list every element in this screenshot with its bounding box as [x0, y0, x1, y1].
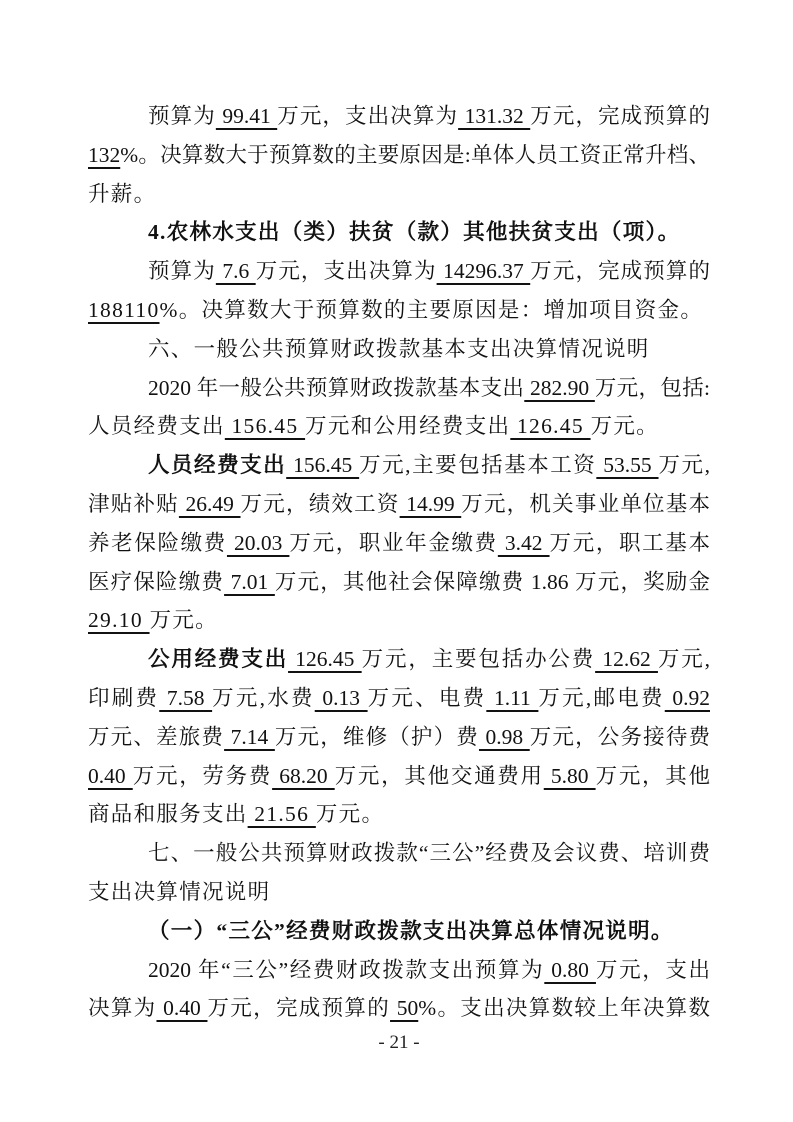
- underlined-value: 26.49: [179, 492, 241, 516]
- text-line-5: 预算为 7.6 万元，支出决算为 14296.37 万元，完成预算的: [88, 252, 710, 291]
- text-run: 万元,: [658, 647, 710, 671]
- text-run: 万元、电费: [368, 686, 487, 710]
- text-run: 万元,主要包括基本工资: [359, 453, 596, 477]
- underlined-value: 0.92: [665, 686, 710, 710]
- underlined-value: 50: [390, 996, 418, 1020]
- text-run: 万元，其他: [596, 764, 710, 788]
- text-run: 六、一般公共预算财政拨款基本支出决算情况说明: [148, 337, 650, 361]
- document-page: 预算为 99.41 万元，支出决算为 131.32 万元，完成预算的132%。决…: [0, 0, 793, 1122]
- bold-heading-text: 人员经费支出: [148, 453, 286, 477]
- text-run: 万元，劳务费: [133, 764, 272, 788]
- underlined-value: 7.01: [224, 570, 275, 594]
- underlined-value: 99.41: [216, 104, 277, 128]
- text-line-20: 七、一般公共预算财政拨款“三公”经费及会议费、培训费: [88, 834, 710, 873]
- text-run: 万元，其他交通费用: [335, 764, 544, 788]
- text-run: 万元，维修（护）费: [275, 725, 479, 749]
- underlined-value: 12.62: [595, 647, 658, 671]
- text-run: 支出决算情况说明: [88, 880, 270, 904]
- text-run: 医疗保险缴费: [88, 570, 224, 594]
- underlined-value: 156.45: [225, 414, 305, 438]
- text-line-13: 医疗保险缴费 7.01 万元，其他社会保障缴费 1.86 万元，奖励金: [88, 563, 710, 602]
- text-run: 人员经费支出: [88, 414, 225, 438]
- text-run: 万元，职业年金缴费: [289, 531, 497, 555]
- text-run: 升薪。: [88, 182, 156, 206]
- text-line-1: 预算为 99.41 万元，支出决算为 131.32 万元，完成预算的: [88, 97, 710, 136]
- underlined-value: 14296.37: [437, 259, 531, 283]
- text-run: 2020 年一般公共预算财政拨款基本支出: [148, 376, 524, 400]
- underlined-value: 0.98: [479, 725, 530, 749]
- underlined-value: 0.40: [88, 764, 133, 788]
- text-run: 万元，完成预算的: [530, 104, 710, 128]
- text-run: 养老保险缴费: [88, 531, 227, 555]
- text-run: 2020 年“三公”经费财政拨款支出预算为: [148, 958, 544, 982]
- text-run: 预算为: [148, 104, 216, 128]
- text-run: 万元,邮电费: [538, 686, 664, 710]
- underlined-value: 131.32: [458, 104, 530, 128]
- text-line-23: 2020 年“三公”经费财政拨款支出预算为 0.80 万元，支出: [88, 951, 710, 990]
- underlined-value: 0.80: [544, 958, 596, 982]
- underlined-value: 5.80: [544, 764, 596, 788]
- underlined-value: 21.56: [248, 802, 316, 826]
- text-line-16: 印刷费 7.58 万元,水费 0.13 万元、电费 1.11 万元,邮电费 0.…: [88, 679, 710, 718]
- text-line-14: 29.10 万元。: [88, 601, 710, 640]
- text-line-11: 津贴补贴 26.49 万元，绩效工资 14.99 万元，机关事业单位基本: [88, 485, 710, 524]
- text-run: 万元，职工基本: [550, 531, 710, 555]
- text-line-18: 0.40 万元，劳务费 68.20 万元，其他交通费用 5.80 万元，其他: [88, 757, 710, 796]
- text-run: 万元，支出决算为: [277, 104, 458, 128]
- text-run: 万元，支出决算为: [256, 259, 437, 283]
- text-line-21: 支出决算情况说明: [88, 873, 710, 912]
- text-run: 万元,水费: [212, 686, 315, 710]
- underlined-value: 126.45: [288, 647, 362, 671]
- underlined-value: 7.6: [216, 259, 256, 283]
- underlined-value: 188110: [88, 298, 160, 322]
- text-run: %。决算数大于预算数的主要原因是:单体人员工资正常升档、: [120, 143, 710, 167]
- text-run: 万元，完成预算的: [207, 996, 390, 1020]
- bold-heading-text: 公用经费支出: [148, 647, 288, 671]
- page-number: - 21 -: [88, 1031, 710, 1055]
- text-line-19: 商品和服务支出 21.56 万元。: [88, 795, 710, 834]
- text-run: 万元，机关事业单位基本: [461, 492, 710, 516]
- text-line-15: 公用经费支出 126.45 万元，主要包括办公费 12.62 万元,: [88, 640, 710, 679]
- underlined-value: 7.58: [159, 686, 212, 710]
- text-line-8: 2020 年一般公共预算财政拨款基本支出 282.90 万元，包括:: [88, 369, 710, 408]
- underlined-value: 20.03: [227, 531, 289, 555]
- text-run: %。决算数大于预算数的主要原因是：增加项目资金。: [160, 298, 704, 322]
- text-run: 印刷费: [88, 686, 159, 710]
- text-line-4: 4.农林水支出（类）扶贫（款）其他扶贫支出（项）。: [88, 213, 710, 252]
- text-run: 万元，公务接待费: [530, 725, 710, 749]
- text-line-9: 人员经费支出 156.45 万元和公用经费支出 126.45 万元。: [88, 407, 710, 446]
- text-run: 七、一般公共预算财政拨款“三公”经费及会议费、培训费: [148, 841, 710, 865]
- text-run: 万元。: [591, 414, 659, 438]
- underlined-value: 0.13: [315, 686, 368, 710]
- bold-heading-text: （一）“三公”经费财政拨款支出决算总体情况说明。: [148, 919, 674, 943]
- underlined-value: 282.90: [524, 376, 595, 400]
- underlined-value: 126.45: [510, 414, 590, 438]
- text-run: %。支出决算数较上年决算数: [418, 996, 710, 1020]
- text-run: 万元。: [316, 802, 384, 826]
- underlined-value: 7.14: [224, 725, 275, 749]
- text-run: 万元，完成预算的: [530, 259, 710, 283]
- text-run: 万元,: [659, 453, 710, 477]
- underlined-value: 53.55: [596, 453, 658, 477]
- text-line-22: （一）“三公”经费财政拨款支出决算总体情况说明。: [88, 912, 710, 951]
- text-run: 万元，其他社会保障缴费 1.86 万元，奖励金: [275, 570, 710, 594]
- underlined-value: 0.40: [156, 996, 207, 1020]
- text-run: 万元和公用经费支出: [305, 414, 510, 438]
- bold-heading-text: 4.农林水支出（类）扶贫（款）其他扶贫支出（项）。: [148, 220, 680, 244]
- text-run: 万元，主要包括办公费: [362, 647, 595, 671]
- underlined-value: 29.10: [88, 608, 150, 632]
- text-run: 决算为: [88, 996, 156, 1020]
- text-run: 万元。: [150, 608, 218, 632]
- text-run: 万元，绩效工资: [241, 492, 400, 516]
- underlined-value: 1.11: [486, 686, 538, 710]
- text-run: 商品和服务支出: [88, 802, 248, 826]
- text-line-3: 升薪。: [88, 175, 710, 214]
- text-line-12: 养老保险缴费 20.03 万元，职业年金缴费 3.42 万元，职工基本: [88, 524, 710, 563]
- text-run: 津贴补贴: [88, 492, 179, 516]
- document-body: 预算为 99.41 万元，支出决算为 131.32 万元，完成预算的132%。决…: [88, 97, 710, 1028]
- text-run: 万元，包括:: [595, 376, 710, 400]
- text-line-2: 132%。决算数大于预算数的主要原因是:单体人员工资正常升档、: [88, 136, 710, 175]
- underlined-value: 132: [88, 143, 120, 167]
- text-line-10: 人员经费支出 156.45 万元,主要包括基本工资 53.55 万元,: [88, 446, 710, 485]
- text-line-7: 六、一般公共预算财政拨款基本支出决算情况说明: [88, 330, 710, 369]
- text-line-17: 万元、差旅费 7.14 万元，维修（护）费 0.98 万元，公务接待费: [88, 718, 710, 757]
- underlined-value: 14.99: [400, 492, 462, 516]
- text-line-24: 决算为 0.40 万元，完成预算的 50%。支出决算数较上年决算数: [88, 989, 710, 1028]
- text-run: 万元、差旅费: [88, 725, 224, 749]
- text-run: 预算为: [148, 259, 216, 283]
- underlined-value: 156.45: [286, 453, 359, 477]
- underlined-value: 3.42: [498, 531, 550, 555]
- underlined-value: 68.20: [272, 764, 335, 788]
- text-run: 万元，支出: [596, 958, 710, 982]
- text-line-6: 188110%。决算数大于预算数的主要原因是：增加项目资金。: [88, 291, 710, 330]
